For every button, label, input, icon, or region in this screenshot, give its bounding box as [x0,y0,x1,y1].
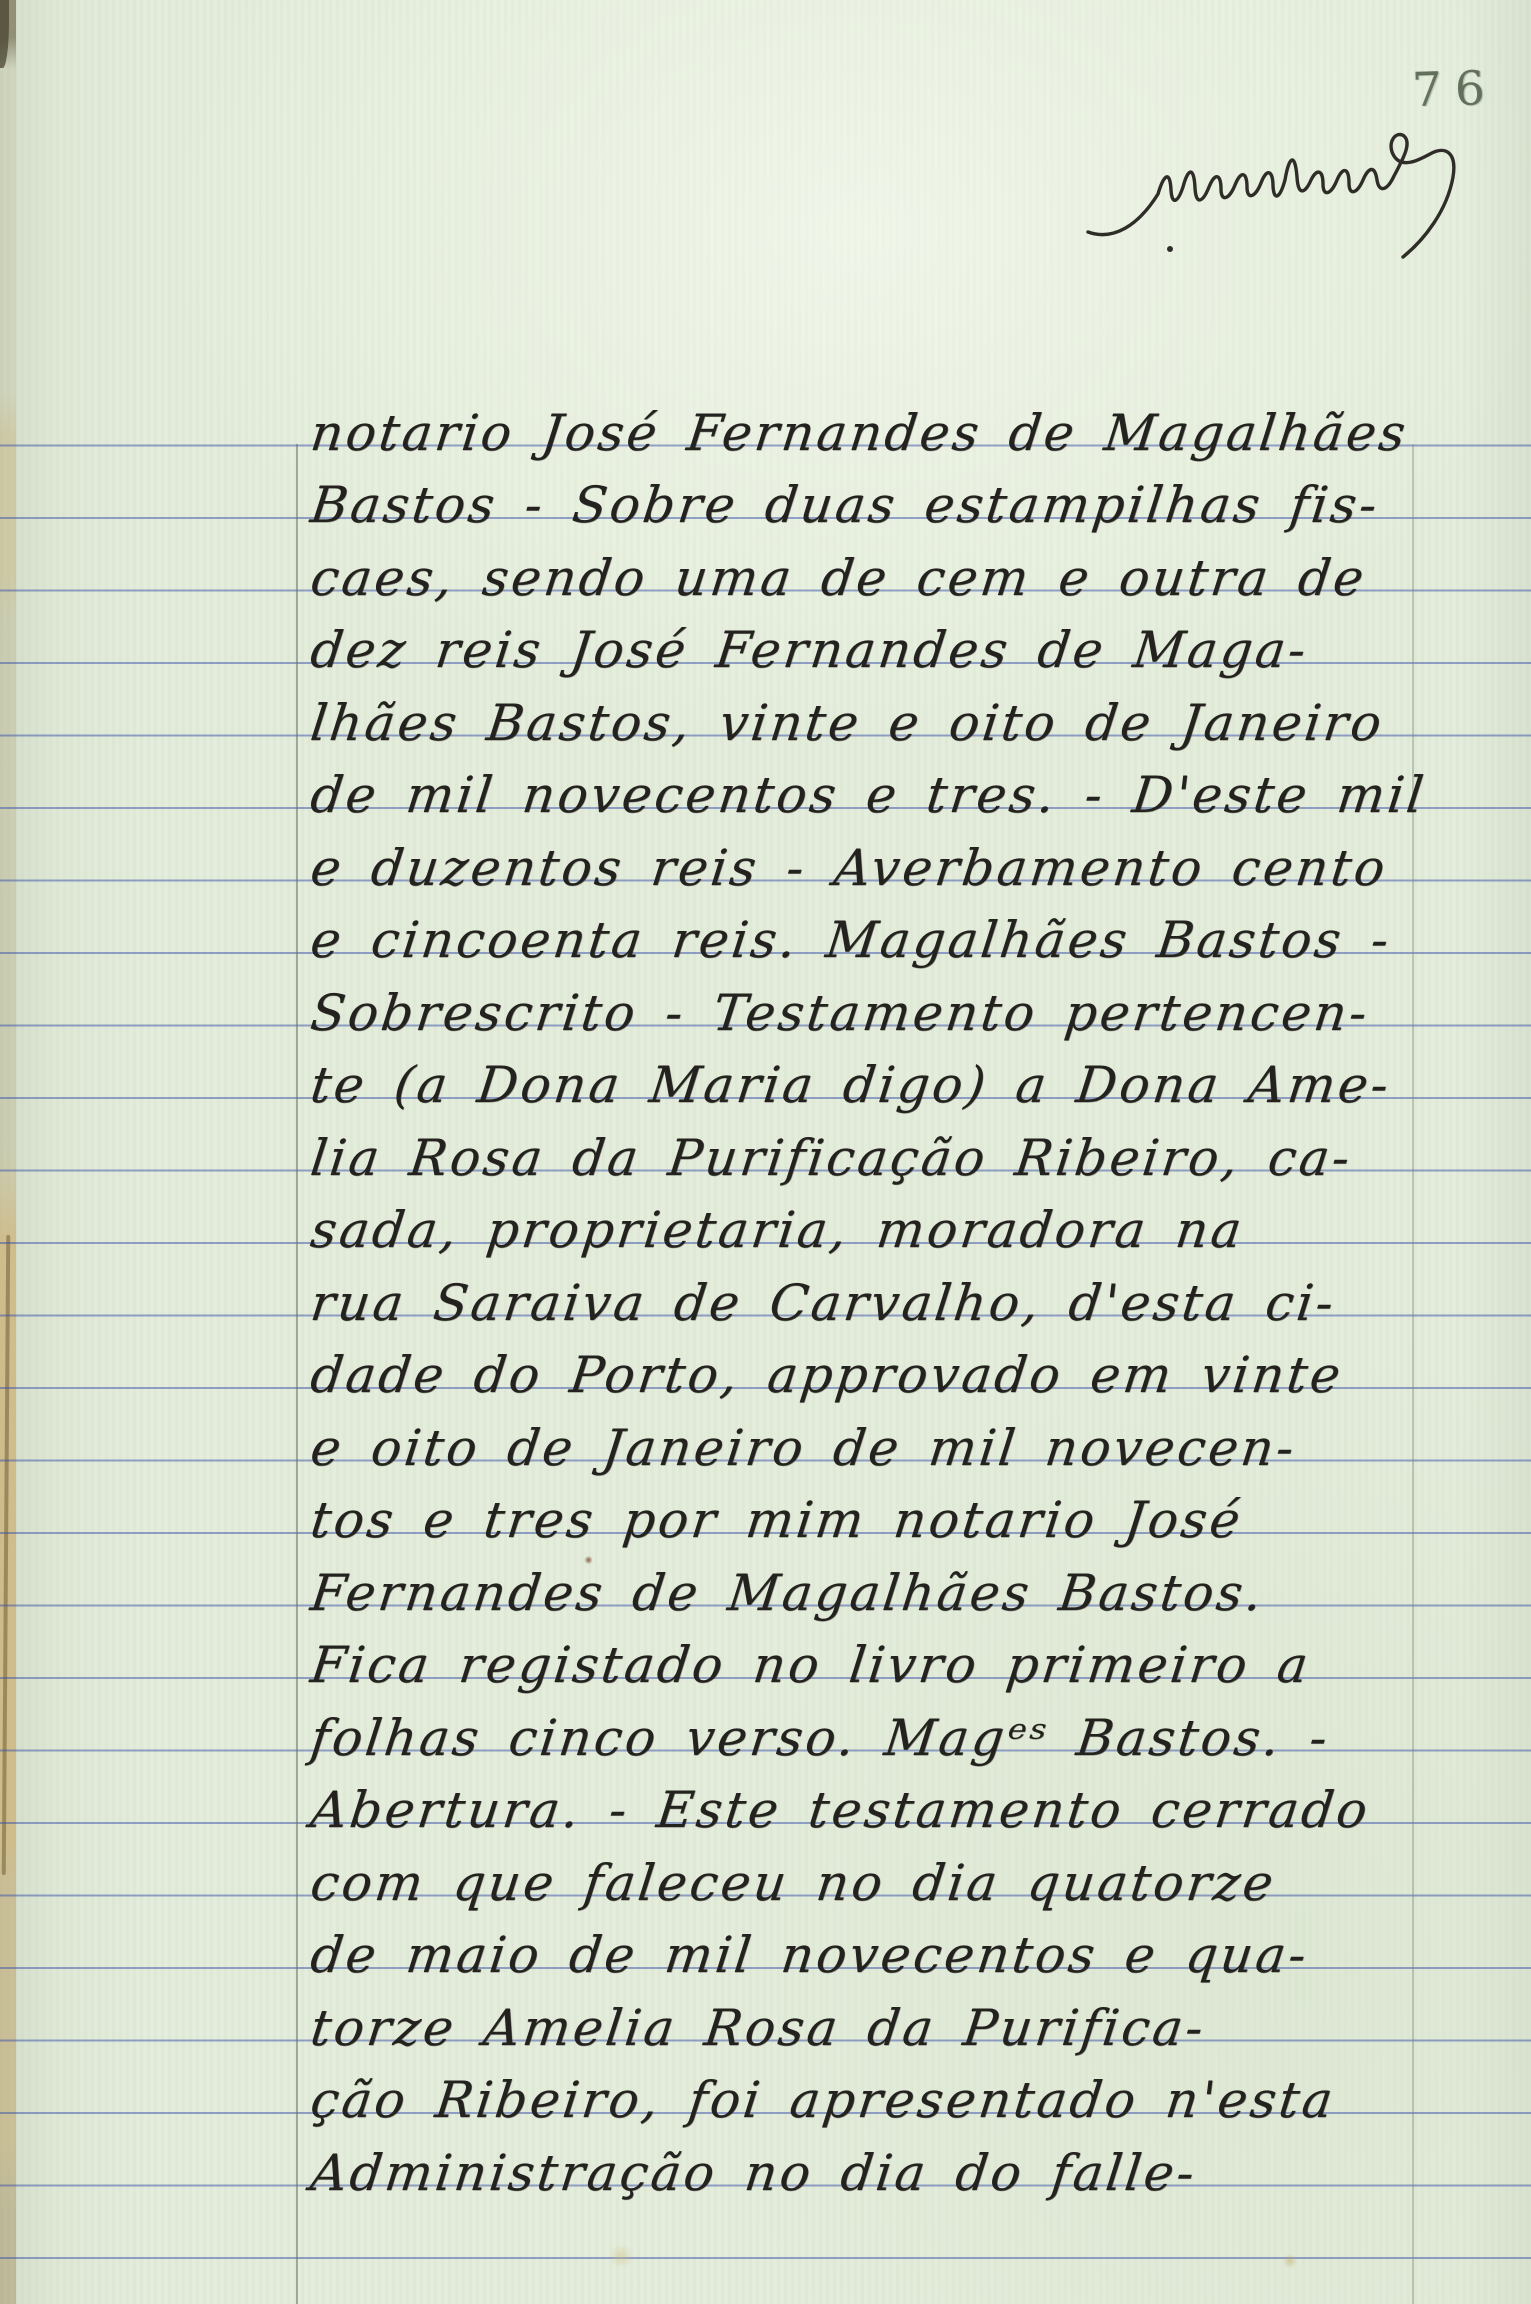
paper-stain [584,1556,593,1564]
scanned-page: 76 notario José Fernandes de Magalhães B… [0,0,1531,2304]
page-number: 76 [1411,61,1498,118]
paper-stain [606,2246,636,2266]
ruled-lines: notario José Fernandes de Magalhães Bast… [0,374,1531,2304]
manuscript-line: notario José Fernandes de Magalhães [308,374,1458,447]
left-margin-line [296,444,298,2304]
paper-stain [1282,2254,1298,2268]
notary-rubric-signature-icon [1058,122,1528,292]
manuscript-text: notario José Fernandes de Magalhães Bast… [308,374,1458,2187]
